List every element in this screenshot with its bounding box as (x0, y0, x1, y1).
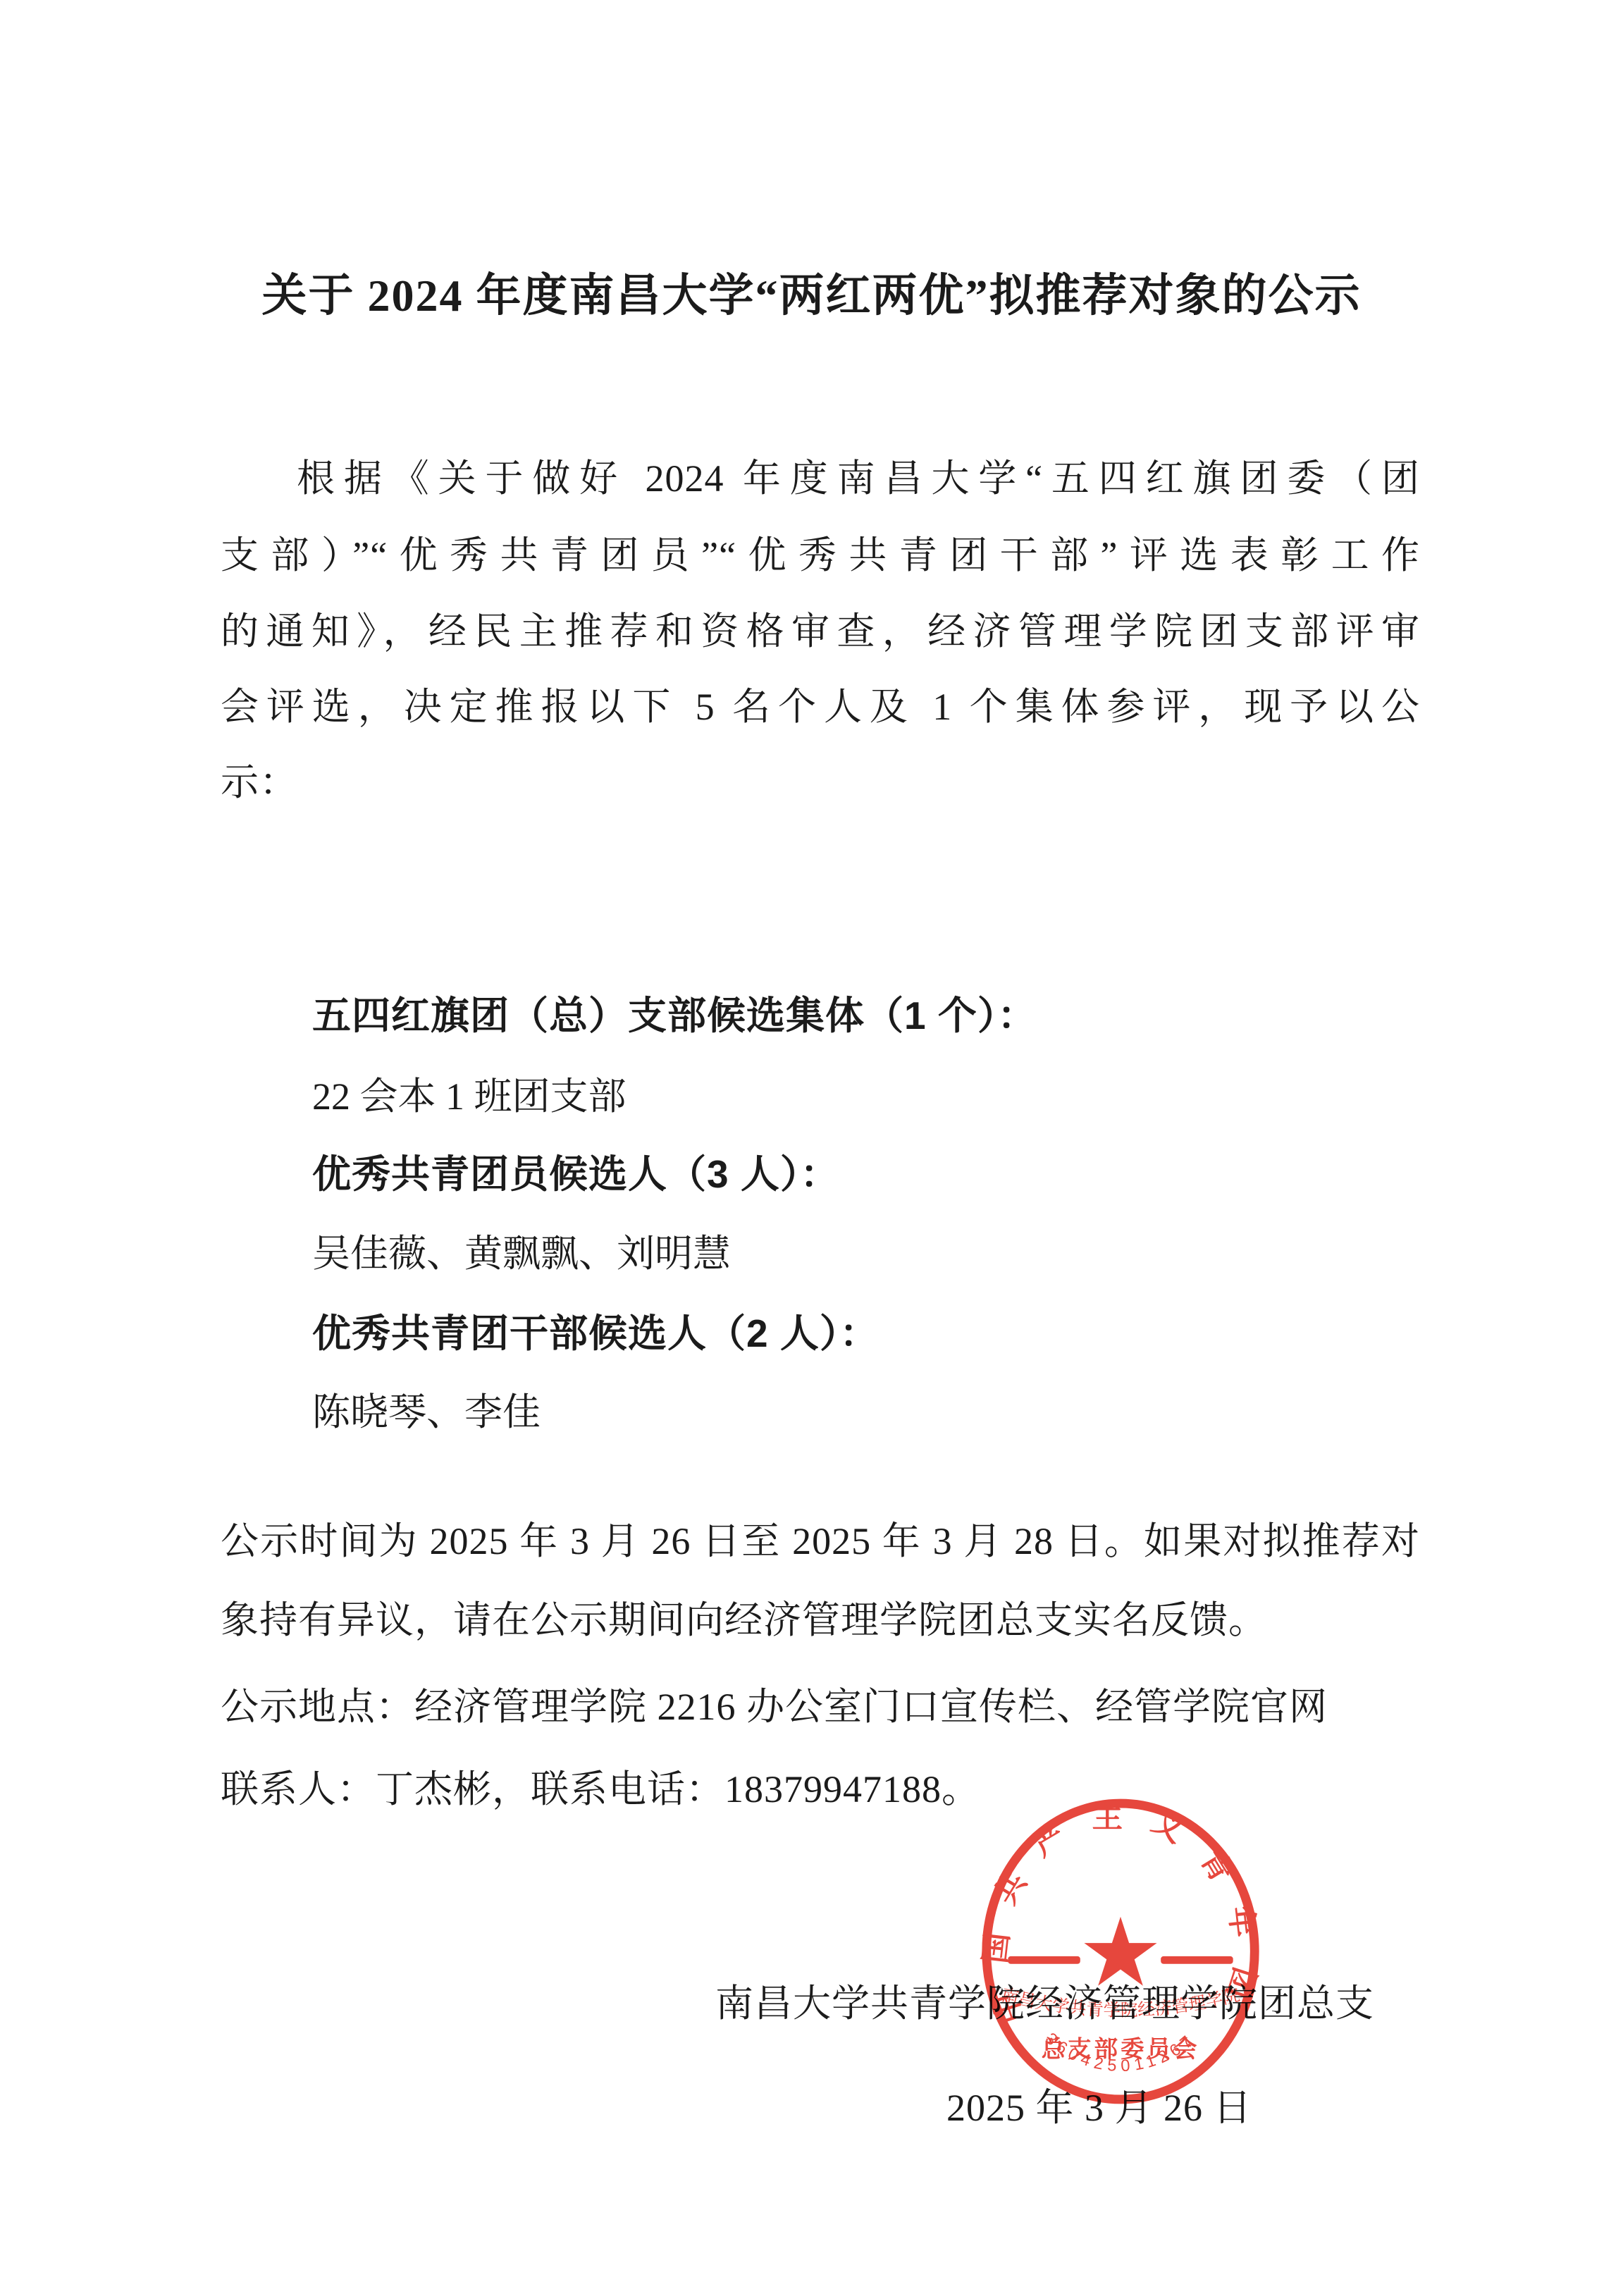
intro-line-1: 根据《关于做好 2024 年度南昌大学“五四红旗团委（团 (221, 452, 1420, 505)
section-header-red-flag-branch: 五四红旗团（总）支部候选集体（1 个）： (312, 989, 1475, 1042)
section-members-red-flag-branch: 22 会本 1 班团支部 (312, 1070, 1475, 1123)
document-title: 关于 2024 年度南昌大学“两红两优”拟推荐对象的公示 (0, 259, 1623, 324)
notice-line-period-1: 公示时间为 2025 年 3 月 26 日至 2025 年 3 月 28 日。如… (221, 1515, 1420, 1567)
notice-line-period-2: 象持有异议，请在公示期间向经济管理学院团总支实名反馈。 (221, 1594, 1420, 1646)
seal-organization-text: 南昌大学共青学院经济管理学院 (999, 1985, 1242, 2020)
intro-line-4: 会评选，决定推报以下 5 名个人及 1 个集体参评，现予以公 (221, 681, 1420, 733)
notice-line-location: 公示地点：经济管理学院 2216 办公室门口宣传栏、经管学院官网 (221, 1681, 1420, 1733)
seal-star-icon (1084, 1917, 1156, 1986)
section-members-excellent-cadres: 陈晓琴、李佳 (312, 1386, 1475, 1438)
intro-line-2: 支部）”“优秀共青团员”“优秀共青团干部”评选表彰工作 (221, 529, 1420, 581)
section-header-excellent-members: 优秀共青团员候选人（3 人）： (312, 1148, 1475, 1200)
section-header-excellent-cadres: 优秀共青团干部候选人（2 人）： (312, 1307, 1475, 1359)
intro-line-5: 示： (221, 756, 1420, 808)
official-seal: 中国共产主义青年团 南昌大学共青学院经济管理学院 总支部委员会 36042501… (975, 1798, 1266, 2104)
seal-left-dash (1008, 1956, 1080, 1964)
section-members-excellent-members: 吴佳薇、黄飘飘、刘明慧 (312, 1228, 1475, 1280)
document-page: 关于 2024 年度南昌大学“两红两优”拟推荐对象的公示 根据《关于做好 202… (0, 0, 1623, 2296)
seal-right-dash (1161, 1956, 1233, 1964)
intro-line-3: 的通知》，经民主推荐和资格审查，经济管理学院团支部评审 (221, 605, 1420, 658)
